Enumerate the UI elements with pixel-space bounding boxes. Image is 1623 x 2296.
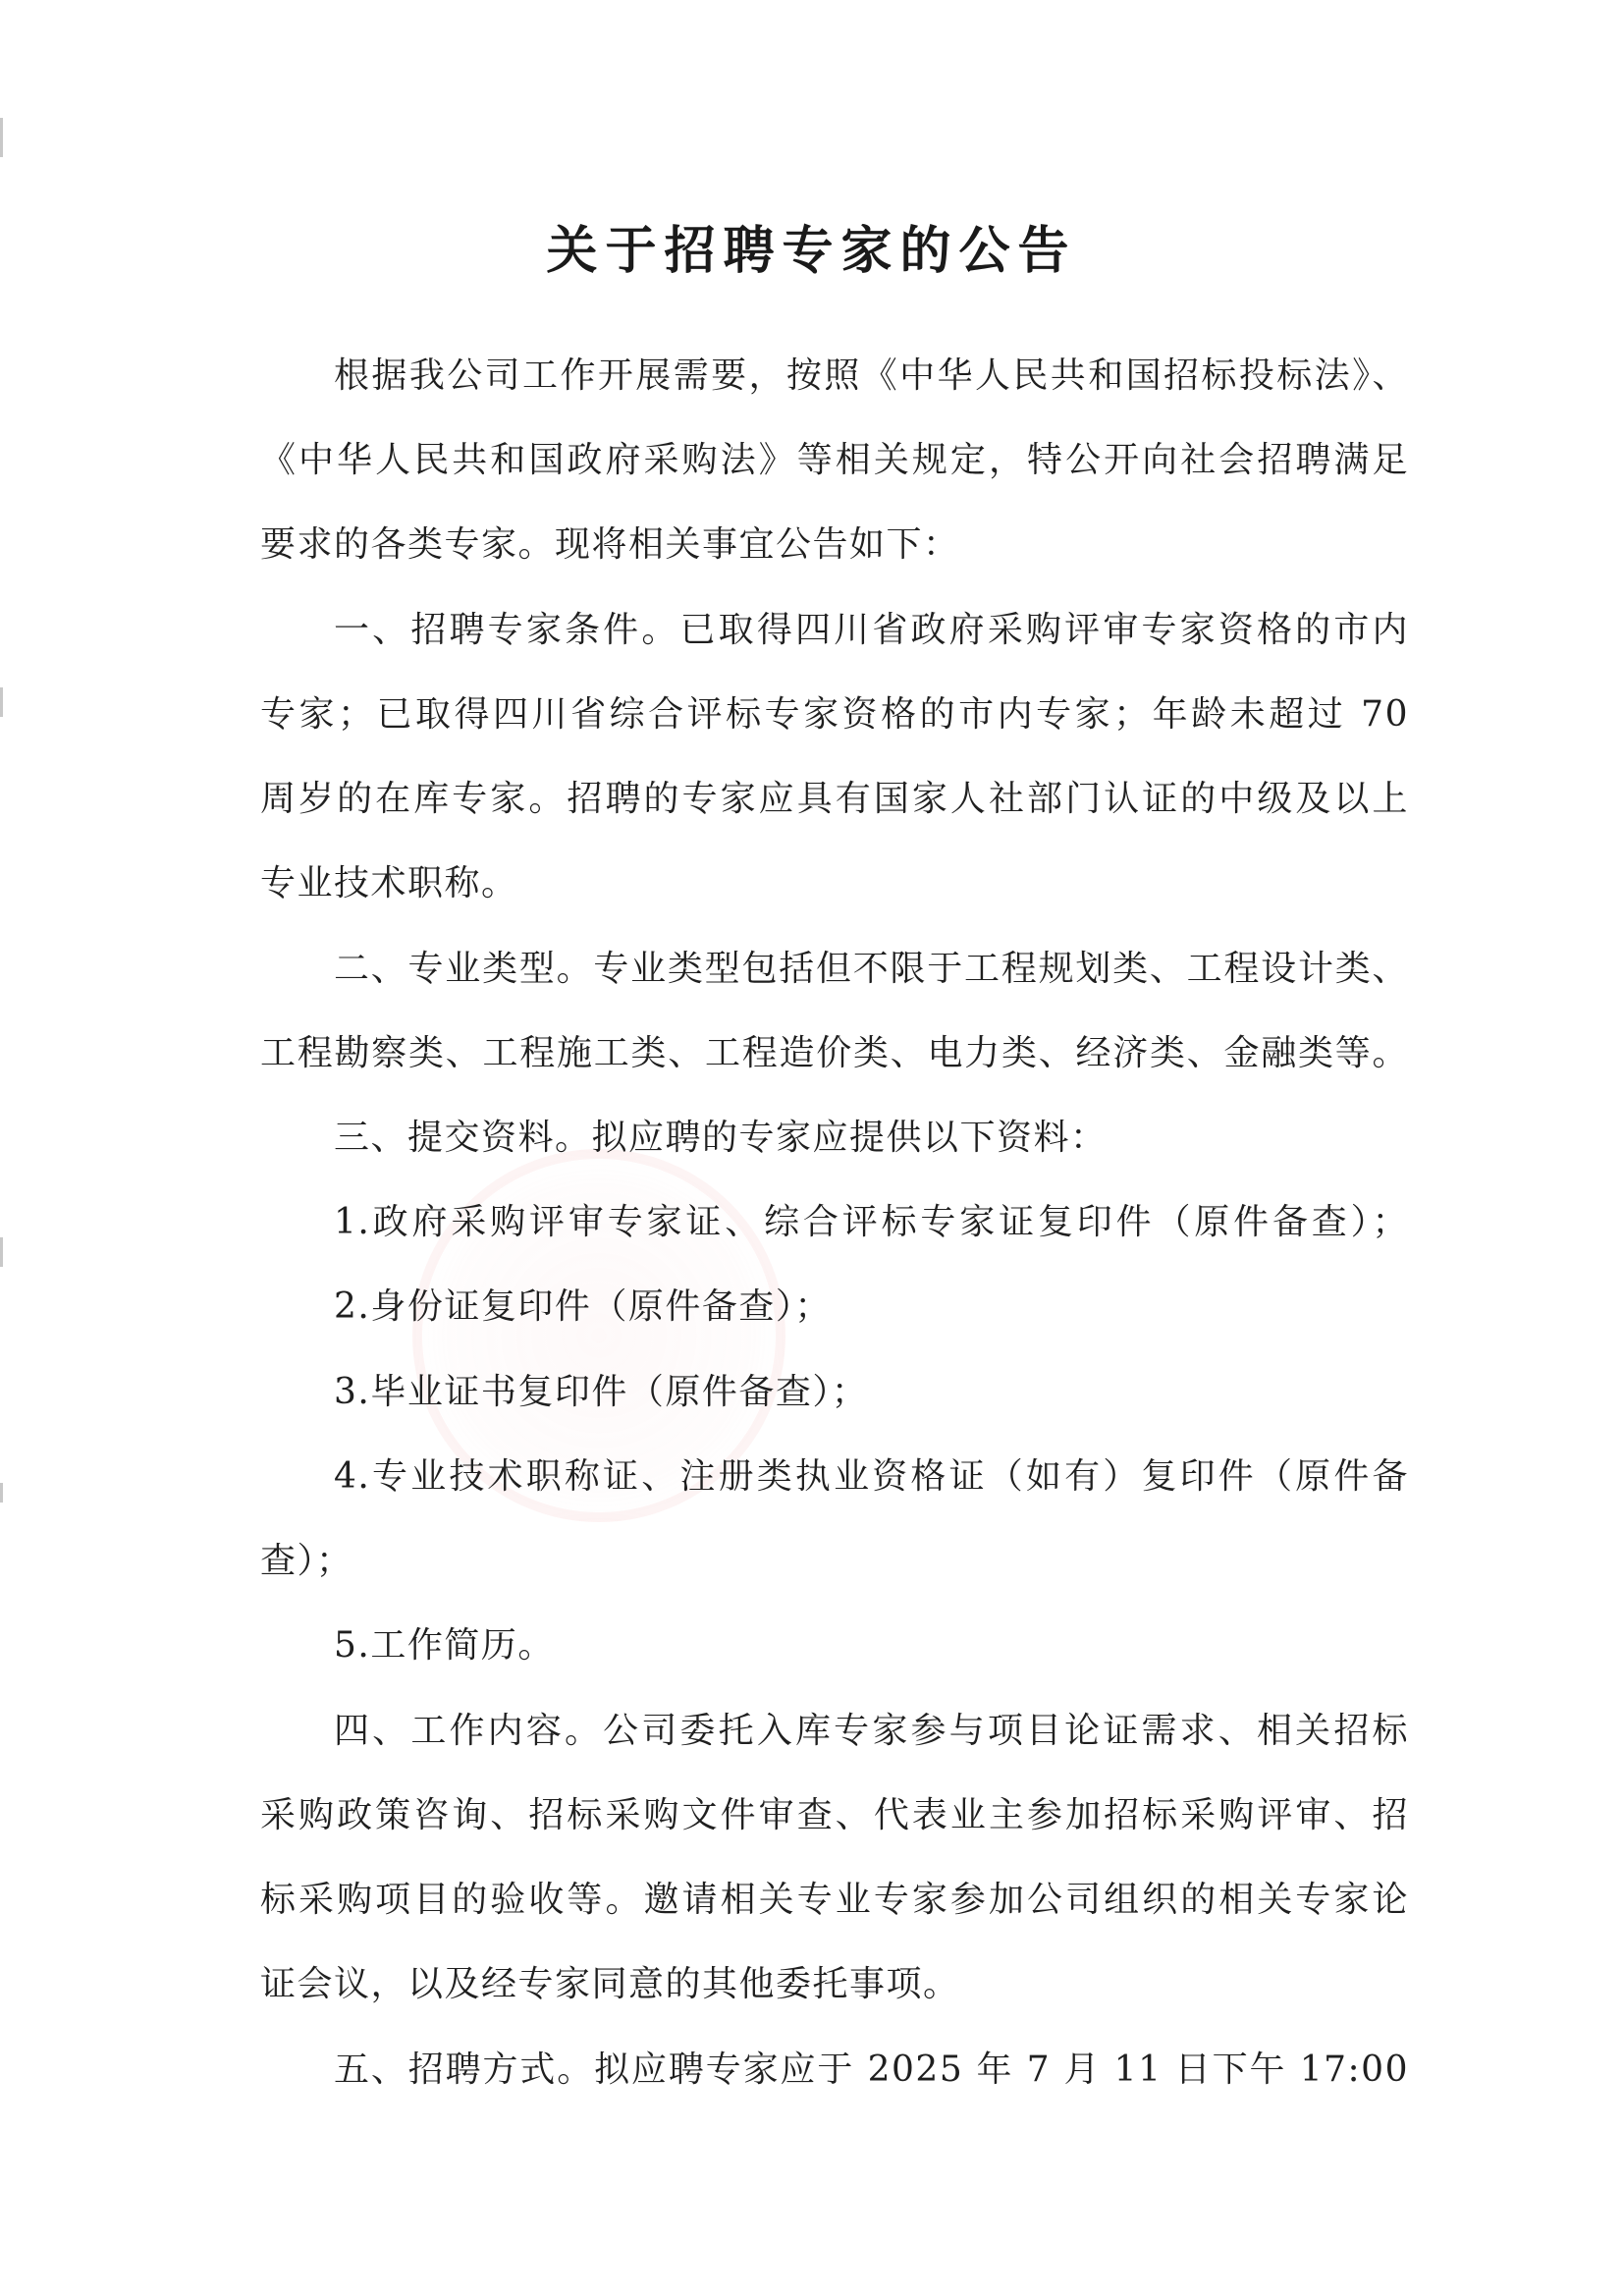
list-item-2: 2.身份证复印件（原件备查）； [334, 1283, 1483, 1332]
section-1-line-3: 周岁的在库专家。招聘的专家应具有国家人社部门认证的中级及以上 [260, 775, 1409, 824]
section-4-line-1: 四、工作内容。公司委托入库专家参与项目论证需求、相关招标 [334, 1707, 1409, 1756]
intro-line-2: 《中华人民共和国政府采购法》等相关规定，特公开向社会招聘满足 [260, 436, 1409, 485]
intro-line-3: 要求的各类专家。现将相关事宜公告如下： [260, 520, 1409, 570]
section-1-line-4: 专业技术职称。 [260, 859, 1409, 908]
section-1-line-1: 一、招聘专家条件。已取得四川省政府采购评审专家资格的市内 [334, 606, 1409, 655]
intro-line-1: 根据我公司工作开展需要，按照《中华人民共和国招标投标法》、 [334, 352, 1409, 401]
section-2-line-1: 二、专业类型。专业类型包括但不限于工程规划类、工程设计类、 [334, 945, 1409, 994]
section-4-line-3: 标采购项目的验收等。邀请相关专业专家参加公司组织的相关专家论 [260, 1876, 1409, 1925]
section-2-line-2: 工程勘察类、工程施工类、工程造价类、电力类、经济类、金融类等。 [260, 1029, 1409, 1078]
list-item-4-line-2: 查）； [260, 1537, 1409, 1586]
document-title: 关于招聘专家的公告 [0, 212, 1623, 291]
scan-edge-mark [0, 1237, 3, 1267]
scan-edge-mark [0, 687, 3, 717]
section-3-line-1: 三、提交资料。拟应聘的专家应提供以下资料： [334, 1114, 1483, 1163]
scan-edge-mark [0, 118, 3, 157]
section-4-line-4: 证会议，以及经专家同意的其他委托事项。 [260, 1960, 1409, 2009]
list-item-5: 5.工作简历。 [334, 1621, 1483, 1670]
section-4-line-2: 采购政策咨询、招标采购文件审查、代表业主参加招标采购评审、招 [260, 1791, 1409, 1840]
document-page: 关于招聘专家的公告 根据我公司工作开展需要，按照《中华人民共和国招标投标法》、 … [0, 0, 1623, 2296]
list-item-1: 1.政府采购评审专家证、综合评标专家证复印件（原件备查）； [334, 1198, 1409, 1247]
section-1-line-2: 专家；已取得四川省综合评标专家资格的市内专家；年龄未超过 70 [260, 690, 1409, 739]
list-item-4-line-1: 4.专业技术职称证、注册类执业资格证（如有）复印件（原件备 [334, 1452, 1409, 1502]
list-item-3: 3.毕业证书复印件（原件备查）； [334, 1368, 1483, 1417]
scan-edge-mark [0, 1483, 3, 1503]
section-5-line-1: 五、招聘方式。拟应聘专家应于 2025 年 7 月 11 日下午 17:00 [334, 2046, 1409, 2095]
